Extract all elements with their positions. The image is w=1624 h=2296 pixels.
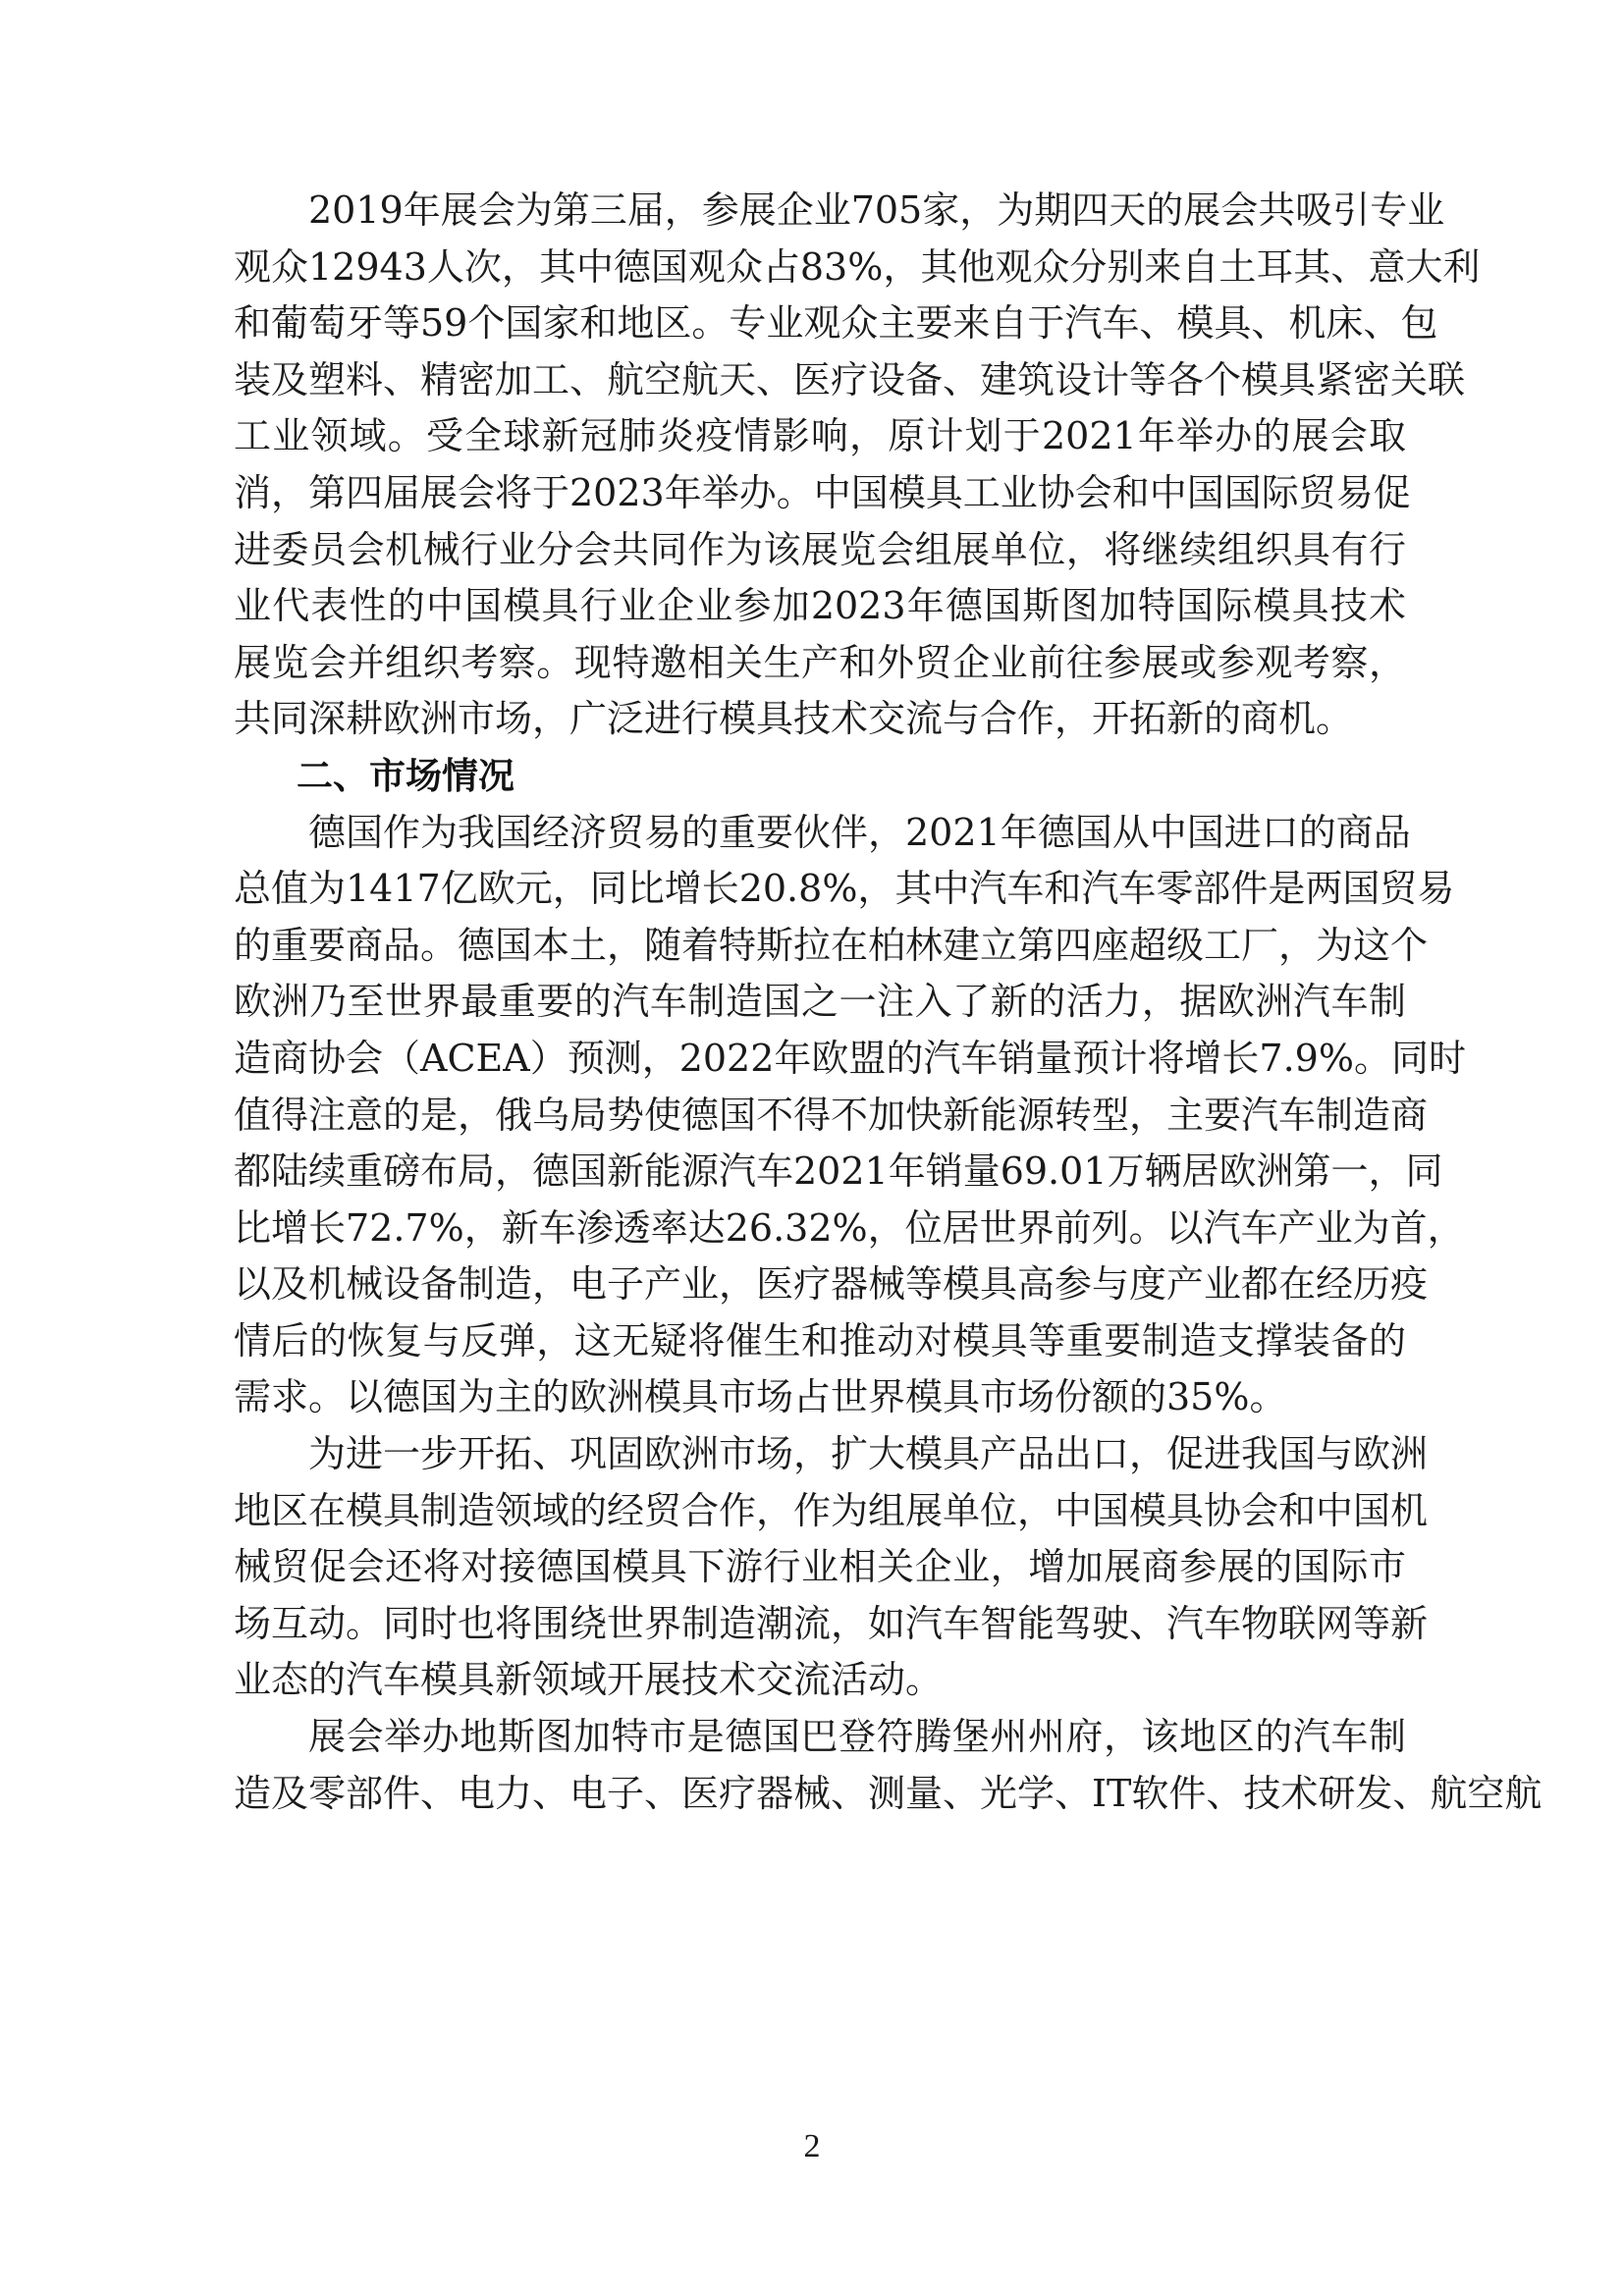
text-line: 展览会并组织考察。现特邀相关生产和外贸企业前往参展或参观考察， <box>234 635 1406 692</box>
text-line: 的重要商品。德国本土，随着特斯拉在柏林建立第四座超级工厂，为这个 <box>234 918 1406 975</box>
text-line: 值得注意的是，俄乌局势使德国不得不加快新能源转型，主要汽车制造商 <box>234 1088 1406 1145</box>
paragraph-stuttgart-venue: 展会举办地斯图加特市是德国巴登符腾堡州州府，该地区的汽车制 造及零部件、电力、电… <box>234 1709 1406 1822</box>
text-line: 2019年展会为第三届，参展企业705家，为期四天的展会共吸引专业 <box>234 183 1406 240</box>
page-number: 2 <box>0 2128 1624 2165</box>
document-page: 2019年展会为第三届，参展企业705家，为期四天的展会共吸引专业 观众1294… <box>234 183 1406 1822</box>
text-line: 造及零部件、电力、电子、医疗器械、测量、光学、IT软件、技术研发、航空航 <box>234 1766 1406 1823</box>
section-heading-market: 二、市场情况 <box>234 748 1406 805</box>
text-line: 展会举办地斯图加特市是德国巴登符腾堡州州府，该地区的汽车制 <box>234 1709 1406 1766</box>
text-line: 工业领域。受全球新冠肺炎疫情影响，原计划于2021年举办的展会取 <box>234 408 1406 465</box>
text-line: 比增长72.7%，新车渗透率达26.32%，位居世界前列。以汽车产业为首， <box>234 1201 1406 1257</box>
text-line: 观众12943人次，其中德国观众占83%，其他观众分别来自土耳其、意大利 <box>234 240 1406 296</box>
text-line: 造商协会（ACEA）预测，2022年欧盟的汽车销量预计将增长7.9%。同时 <box>234 1031 1406 1088</box>
text-line: 地区在模具制造领域的经贸合作，作为组展单位，中国模具协会和中国机 <box>234 1483 1406 1540</box>
text-line: 为进一步开拓、巩固欧洲市场，扩大模具产品出口，促进我国与欧洲 <box>234 1426 1406 1483</box>
text-line: 共同深耕欧洲市场，广泛进行模具技术交流与合作，开拓新的商机。 <box>234 691 1406 748</box>
text-line: 业代表性的中国模具行业企业参加2023年德国斯图加特国际模具技术 <box>234 578 1406 635</box>
text-line: 业态的汽车模具新领域开展技术交流活动。 <box>234 1652 1406 1709</box>
paragraph-market-situation: 德国作为我国经济贸易的重要伙伴，2021年德国从中国进口的商品 总值为1417亿… <box>234 805 1406 1427</box>
text-line: 需求。以德国为主的欧洲模具市场占世界模具市场份额的35%。 <box>234 1369 1406 1426</box>
paragraph-exhibition-history: 2019年展会为第三届，参展企业705家，为期四天的展会共吸引专业 观众1294… <box>234 183 1406 748</box>
text-line: 都陆续重磅布局，德国新能源汽车2021年销量69.01万辆居欧洲第一，同 <box>234 1144 1406 1201</box>
text-line: 械贸促会还将对接德国模具下游行业相关企业，增加展商参展的国际市 <box>234 1539 1406 1596</box>
text-line: 消，第四届展会将于2023年举办。中国模具工业协会和中国国际贸易促 <box>234 465 1406 522</box>
paragraph-europe-expansion: 为进一步开拓、巩固欧洲市场，扩大模具产品出口，促进我国与欧洲 地区在模具制造领域… <box>234 1426 1406 1709</box>
text-line: 装及塑料、精密加工、航空航天、医疗设备、建筑设计等各个模具紧密关联 <box>234 352 1406 409</box>
text-line: 总值为1417亿欧元，同比增长20.8%，其中汽车和汽车零部件是两国贸易 <box>234 861 1406 918</box>
text-line: 以及机械设备制造，电子产业，医疗器械等模具高参与度产业都在经历疫 <box>234 1256 1406 1313</box>
text-line: 德国作为我国经济贸易的重要伙伴，2021年德国从中国进口的商品 <box>234 805 1406 862</box>
text-line: 场互动。同时也将围绕世界制造潮流，如汽车智能驾驶、汽车物联网等新 <box>234 1596 1406 1653</box>
text-line: 进委员会机械行业分会共同作为该展览会组展单位，将继续组织具有行 <box>234 522 1406 579</box>
text-line: 欧洲乃至世界最重要的汽车制造国之一注入了新的活力，据欧洲汽车制 <box>234 974 1406 1031</box>
text-line: 情后的恢复与反弹，这无疑将催生和推动对模具等重要制造支撑装备的 <box>234 1313 1406 1370</box>
text-line: 和葡萄牙等59个国家和地区。专业观众主要来自于汽车、模具、机床、包 <box>234 295 1406 352</box>
